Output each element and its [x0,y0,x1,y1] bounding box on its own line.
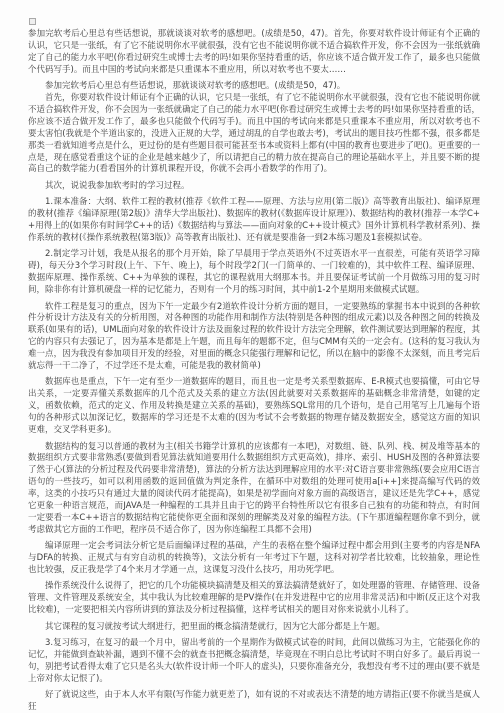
article-body: 参加完软考后心里总有些话想说，那就谈谈对软考的感想吧。(成绩是50，47)。首先… [28,29,480,713]
paragraph-database: 数据库也是重点，下午一定有至少一道数据库的题目，而且也一定是考关系型数据库、E-… [28,377,480,437]
paragraph-operating-system: 操作系统没什么说得了，把它的几个功能模块搞清楚及相关的算法搞清楚就好了，如处理器… [28,581,480,617]
paragraph-textbook-preparation: 1.课本准备：大纲、软件工程的教材(推荐《软件工程——原理、方法与应用(第二版)… [28,197,480,245]
paragraph-review-practice: 3.复习练习，在复习的最一个月中，留出考前的一个星期作为做模式试卷的时间，此间以… [28,638,480,686]
paragraph-data-structures: 数据结构的复习以普通的教材为主(相关书籍学计算机的应该都有一本吧)，对数组、链、… [28,442,480,537]
document-page: 参加完软考后心里总有些话想说，那就谈谈对软考的感想吧。(成绩是50，47)。首先… [0,0,504,713]
paragraph-intro-summary: 参加完软考后心里总有些话想说，那就谈谈对软考的感想吧。(成绩是50，47)。首先… [28,29,480,77]
paragraph-other-courses: 其它课程的复习就按考试大纲进行，把里面的概念搞清楚就行，因为它大部分都是上午题。 [28,622,480,634]
paragraph-opening: 参加完软考后心里总有些话想说，那就谈谈对软考的感想吧。(成绩是50，47)。 [28,81,480,93]
paragraph-closing: 好了就说这些，由于本人水平有限(写作能力就更差了)，如有说的不对或表达不清楚的地… [28,690,480,713]
paragraph-study-plan: 2.制定学习计划，我是从报名的那个月开始，除了早晨用于学点英语外(不过英语水平一… [28,249,480,297]
broken-image-placeholder-icon [29,18,36,25]
paragraph-compiler-principles: 编译原理一定会考词法分析它是后面编译过程的基础，产生的表格在整个编译过程中都会用… [28,541,480,577]
paragraph-software-engineering: 软件工程是复习的重点，因为下午一定最少有2道软件设计分析方面的题目，一定要熟练的… [28,302,480,373]
paragraph-second-point-heading: 其次，说说我参加软考时的学习过程。 [28,181,480,193]
paragraph-first-point: 首先，你要对软件设计师证有个正确的认识，它只是一张纸，有了它不能说明你水平就很强… [28,93,480,176]
